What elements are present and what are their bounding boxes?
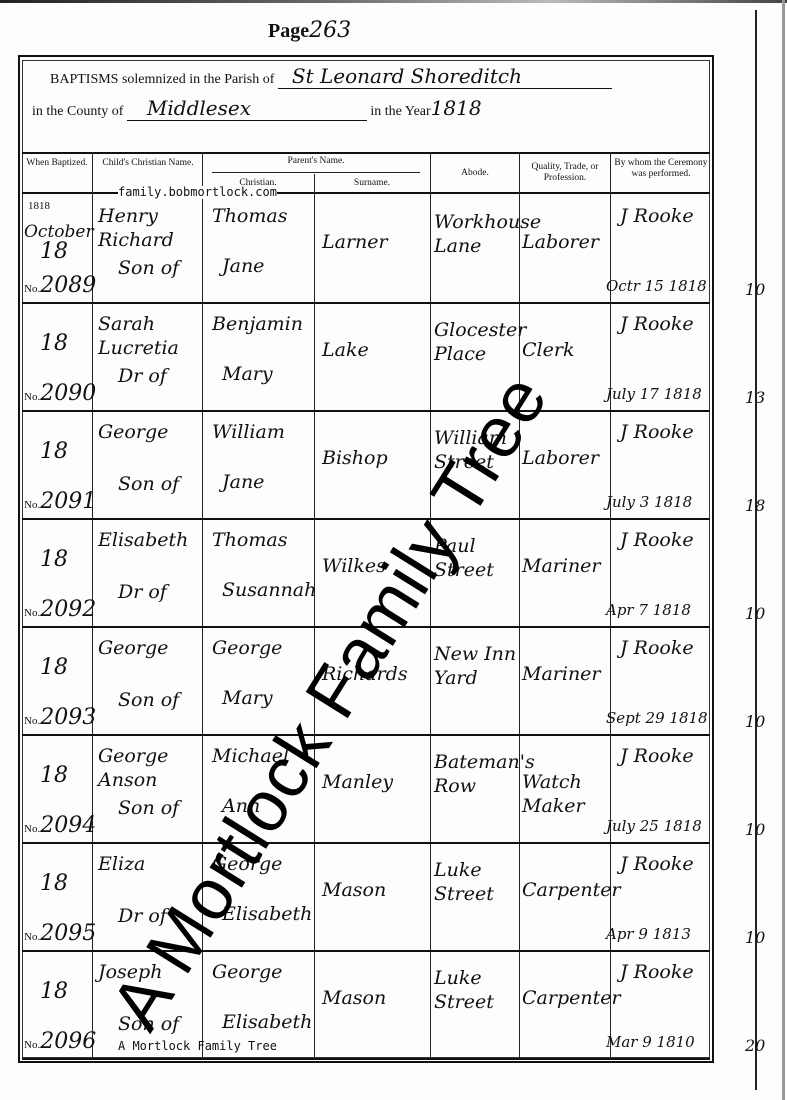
trade: Watch Maker [522,770,612,818]
entry-number-value: 2095 [40,921,96,946]
col-by-whom: By whom the Ceremony was performed. [614,158,708,180]
relation: Son of [118,256,179,280]
entry-number-value: 2092 [40,597,96,622]
mother-name: Mary [222,686,273,710]
margin-note: 18 [745,496,765,515]
margin-note: 10 [745,604,765,623]
baptism-day: 18 [40,548,68,572]
trade: Clerk [522,338,612,362]
father-name: Thomas [212,204,287,228]
birth-date: July 3 1818 [606,490,692,514]
birth-date: Mar 9 1810 [606,1030,695,1054]
abode: Glocester Place [434,318,520,366]
page-edge-right [782,0,785,1100]
entry-number: No.2091 [24,490,96,517]
col-child: Child's Christian Name. [96,158,200,169]
mother-name: Mary [222,362,273,386]
child-name: George Anson [98,744,202,792]
scan-edge-top [0,0,787,3]
register-year: 1818 [431,96,482,120]
child-name: Sarah Lucretia [98,312,202,360]
entry-number-label: No. [24,499,40,511]
margin-note: 13 [745,388,765,407]
surname: Mason [322,878,386,902]
entry-number-value: 2090 [40,381,96,406]
birth-date: Sept 29 1818 [606,706,708,730]
relation: Dr of [118,364,167,388]
minister: J Rooke [620,204,694,228]
surname: Bishop [322,446,388,470]
entry-number: No.2096 [24,1030,96,1057]
trade: Carpenter [522,986,612,1010]
entry-number-label: No. [24,607,40,619]
table-row: October18Henry RichardSon ofThomasJaneLa… [22,196,710,304]
parents-subrule [212,172,420,173]
trade: Laborer [522,230,612,254]
baptism-day: 18 [40,980,68,1004]
minister: J Rooke [620,852,694,876]
entry-number-value: 2089 [40,273,96,298]
row-rule [22,1058,710,1060]
parish-label: BAPTISMS solemnized in the Parish of [50,72,274,87]
county-name: Middlesex [127,96,367,121]
minister: J Rooke [620,420,694,444]
relation: Son of [118,472,179,496]
abode: Luke Street [434,966,520,1014]
col-when: When Baptized. [24,158,90,169]
entry-number-label: No. [24,283,40,295]
abode: Bateman's Row [434,750,520,798]
entry-number: No.2093 [24,706,96,733]
entry-number-value: 2094 [40,813,96,838]
child-name: Elisabeth [98,528,202,552]
surname: Larner [322,230,388,254]
birth-date: Apr 9 1813 [606,922,691,946]
relation: Dr of [118,580,167,604]
abode: Luke Street [434,858,520,906]
margin-note: 10 [745,928,765,947]
page-label: Page [268,20,309,42]
mother-name: Elisabeth [222,1010,312,1034]
father-name: George [212,636,282,660]
entry-number-label: No. [24,715,40,727]
entry-number: No.2092 [24,598,96,625]
trade: Carpenter [522,878,612,902]
minister: J Rooke [620,636,694,660]
child-name: George [98,420,202,444]
baptism-day: 18 [40,240,68,264]
father-name: George [212,960,282,984]
entry-number: No.2094 [24,814,96,841]
table-row: 18George AnsonSon ofMichaelAnnManleyBate… [22,736,710,844]
minister: J Rooke [620,960,694,984]
footer-watermark: A Mortlock Family Tree [118,1040,277,1053]
page-number: 263 [309,18,351,43]
margin-note: 10 [745,820,765,839]
table-top-rule [22,152,710,154]
birth-date: July 25 1818 [606,814,702,838]
birth-date: July 17 1818 [606,382,702,406]
father-name: Benjamin [212,312,303,336]
page-title: Page263 [268,18,351,43]
abode: New Inn Yard [434,642,520,690]
mother-name: Susannah [222,578,316,602]
entry-number-label: No. [24,391,40,403]
county-label: in the County of [32,104,123,119]
parish-name: St Leonard Shoreditch [278,64,612,89]
col-surname: Surname. [316,178,428,189]
margin-note: 10 [745,280,765,299]
surname: Lake [322,338,369,362]
trade: Mariner [522,554,612,578]
baptism-day: 18 [40,764,68,788]
entry-number-value: 2091 [40,489,96,514]
relation: Son of [118,796,179,820]
minister: J Rooke [620,312,694,336]
minister: J Rooke [620,528,694,552]
table-row: 18GeorgeSon ofWilliamJaneBishopWilliam S… [22,412,710,520]
site-watermark: family.bobmortlock.com [118,186,277,199]
entry-number-value: 2096 [40,1029,96,1054]
register-header-county: in the County of Middlesex in the Year18… [32,96,482,121]
baptism-day: 18 [40,872,68,896]
mother-name: Jane [222,254,264,278]
register-header-parish: BAPTISMS solemnized in the Parish of St … [50,64,612,89]
entry-number: No.2089 [24,274,96,301]
entry-number: No.2095 [24,922,96,949]
birth-date: Apr 7 1818 [606,598,691,622]
mother-name: Jane [222,470,264,494]
father-name: William [212,420,285,444]
entry-number-label: No. [24,1039,40,1051]
birth-date: Octr 15 1818 [606,274,707,298]
entry-number: No.2090 [24,382,96,409]
relation: Son of [118,688,179,712]
table-row: 18Sarah LucretiaDr ofBenjaminMaryLakeGlo… [22,304,710,412]
year-label: in the Year [370,104,430,119]
entry-number-label: No. [24,931,40,943]
entry-number-value: 2093 [40,705,96,730]
col-parents: Parent's Name. [204,156,428,167]
child-name: Henry Richard [98,204,202,252]
baptism-day: 18 [40,332,68,356]
col-abode: Abode. [432,168,518,179]
minister: J Rooke [620,744,694,768]
table-row: 18ElizaDr ofGeorgeElisabethMasonLuke Str… [22,844,710,952]
entry-number-label: No. [24,823,40,835]
child-name: George [98,636,202,660]
baptism-day: 18 [40,656,68,680]
margin-note: 20 [745,1036,765,1055]
surname: Mason [322,986,386,1010]
father-name: Thomas [212,528,287,552]
margin-note: 10 [745,712,765,731]
abode: Workhouse Lane [434,210,520,258]
col-quality: Quality, Trade, or Profession. [522,162,608,184]
trade: Mariner [522,662,612,686]
baptism-day: 18 [40,440,68,464]
